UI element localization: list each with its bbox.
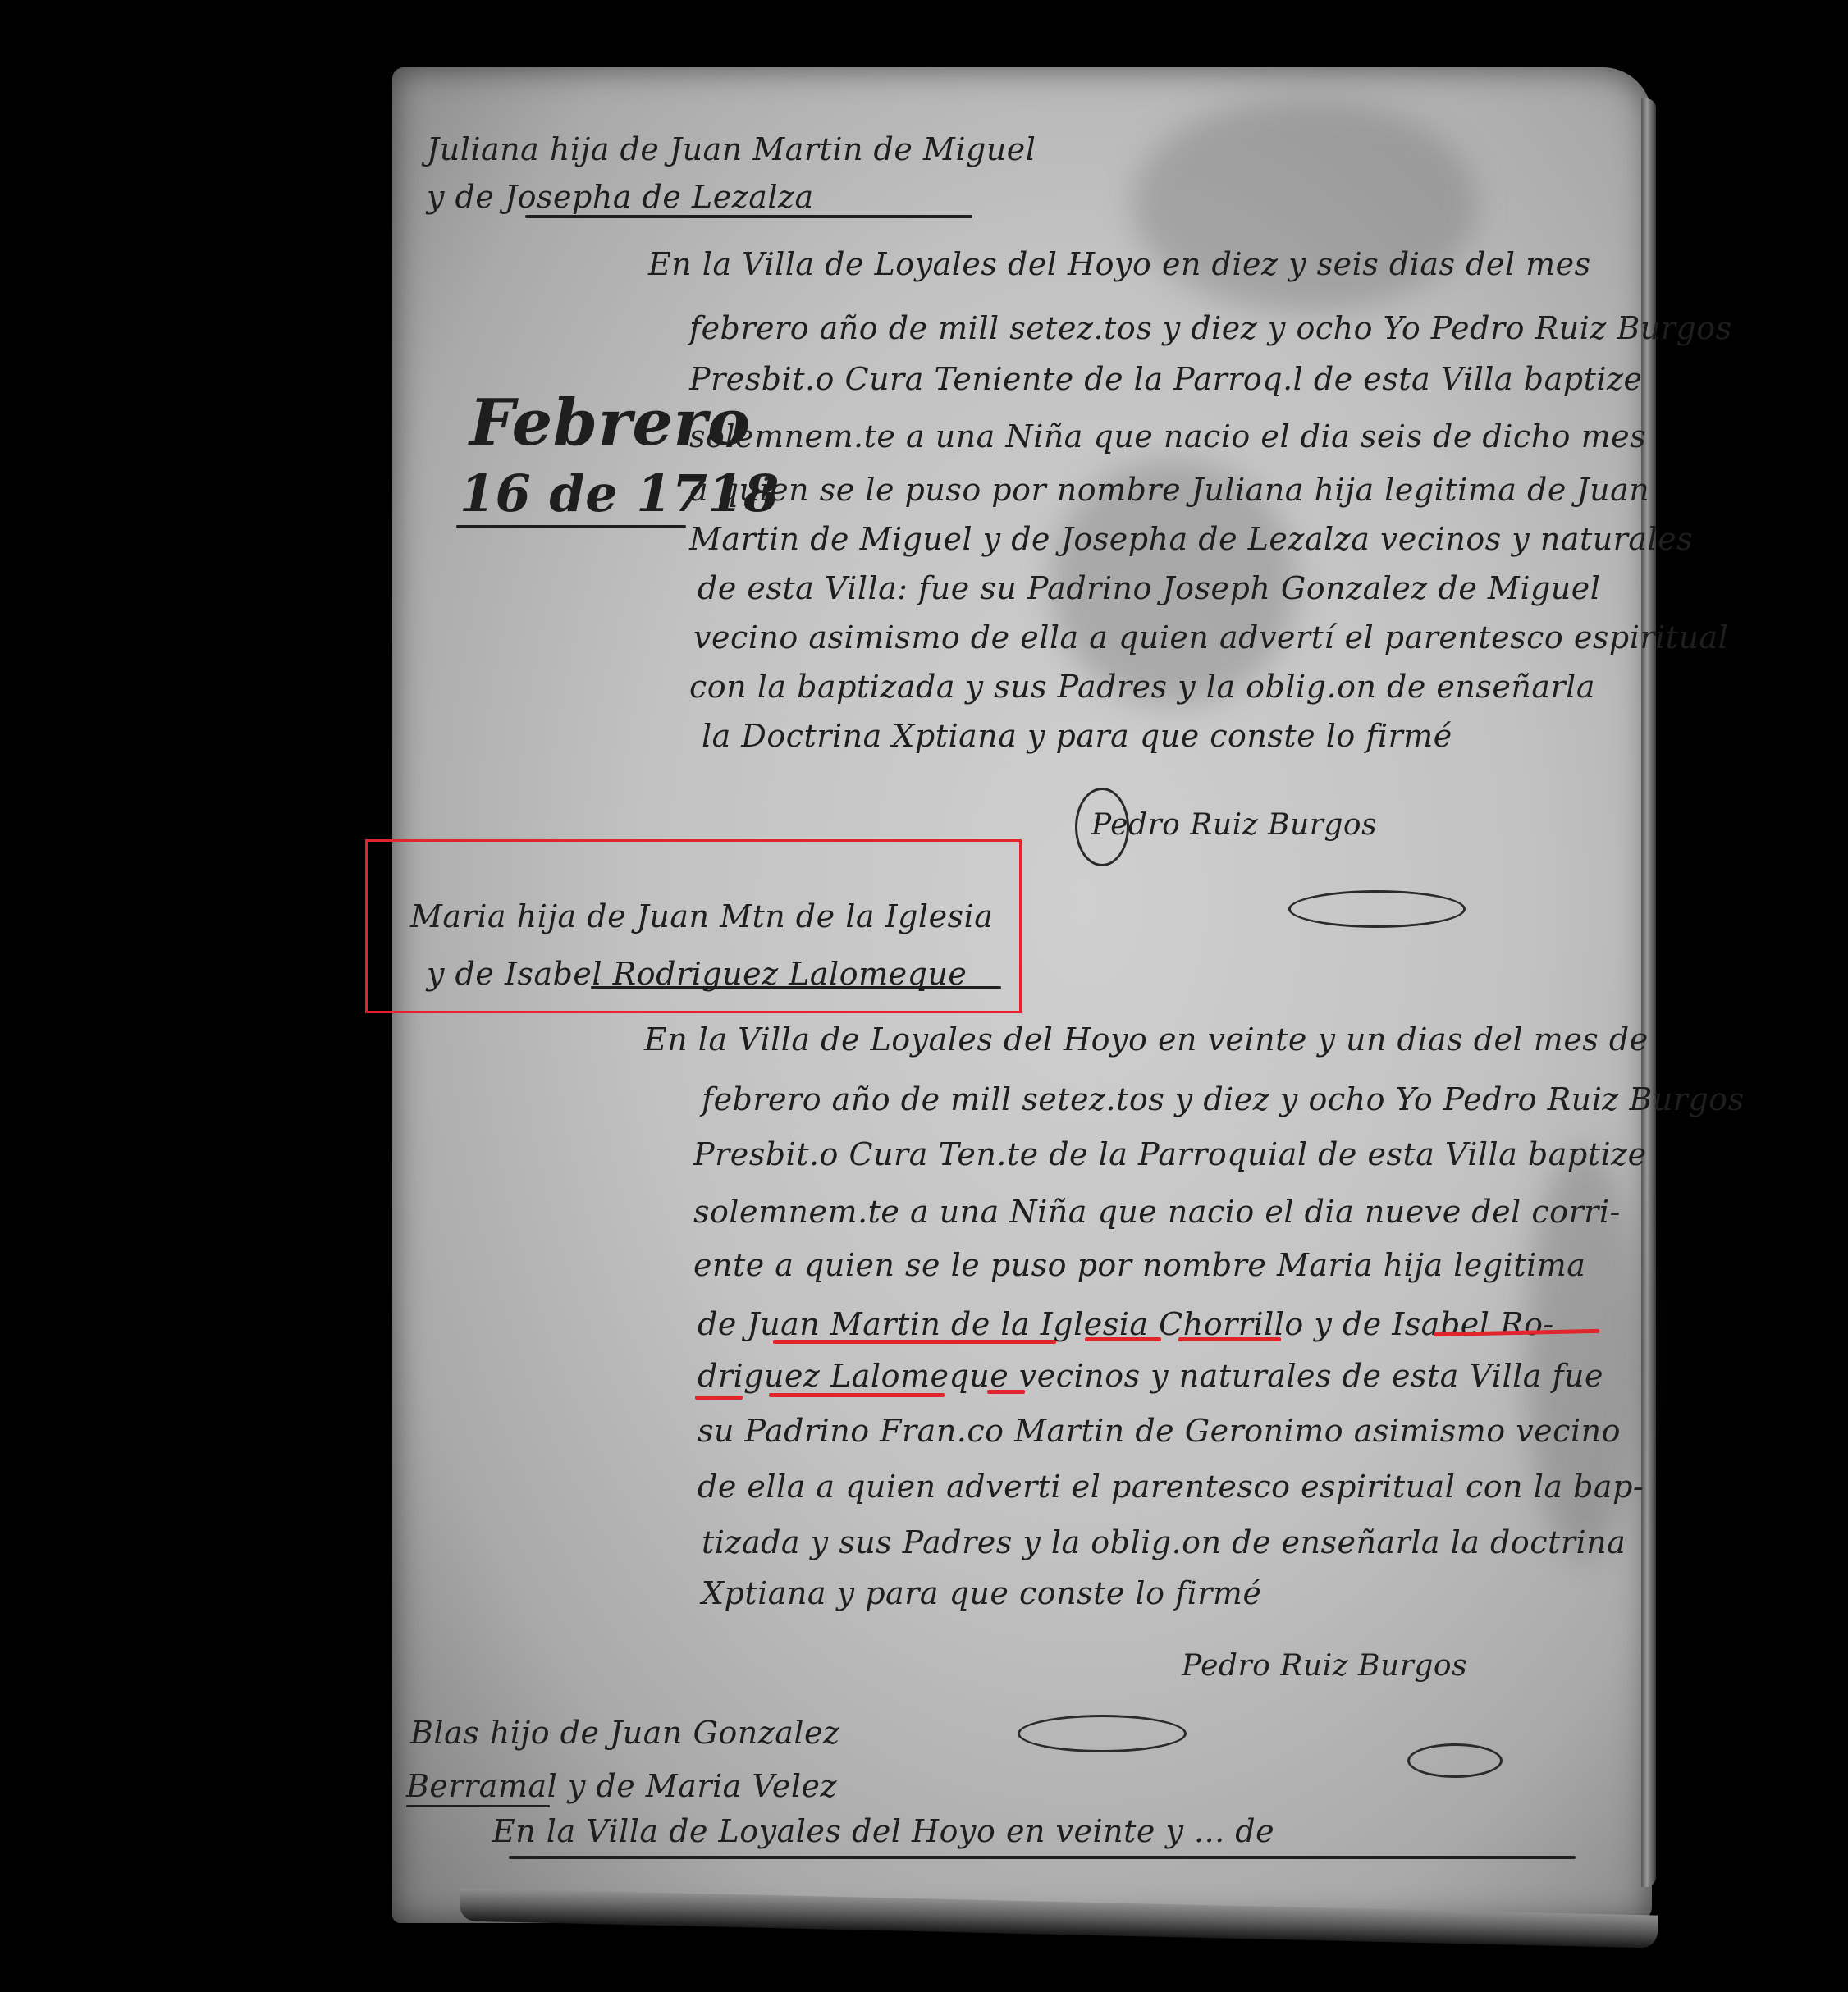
signature-flourish bbox=[1288, 890, 1466, 928]
underline-iglesia bbox=[1085, 1337, 1161, 1341]
entry2-body-line: ente a quien se le puso por nombre Maria… bbox=[693, 1247, 1585, 1283]
entry1-margin-heading-line2: y de Josepha de Lezalza bbox=[427, 179, 814, 215]
entry3-margin-heading-line2: Berramal y de Maria Velez bbox=[406, 1768, 837, 1804]
entry2-body-line: de ella a quien adverti el parentesco es… bbox=[698, 1469, 1644, 1505]
entry1-body-line: Martin de Miguel y de Josepha de Lezalza… bbox=[689, 521, 1693, 557]
entry3-margin-heading-line1: Blas hijo de Juan Gonzalez bbox=[410, 1715, 840, 1751]
entry2-body-line: Presbit.o Cura Ten.te de la Parroquial d… bbox=[693, 1136, 1647, 1172]
page-edge-right bbox=[1641, 98, 1656, 1887]
underline-driguez bbox=[695, 1396, 743, 1400]
entry2-body-line: febrero año de mill setez.tos y diez y o… bbox=[702, 1081, 1745, 1117]
underline-lalomeque bbox=[769, 1393, 945, 1397]
entry2-body-line: En la Villa de Loyales del Hoyo en veint… bbox=[644, 1021, 1649, 1058]
entry2-signature: Pedro Ruiz Burgos bbox=[1182, 1649, 1467, 1683]
entry1-body-line: la Doctrina Xptiana y para que conste lo… bbox=[702, 718, 1452, 754]
entry2-body-line: Xptiana y para que conste lo firmé bbox=[702, 1575, 1261, 1611]
entry1-body-line: con la baptizada y sus Padres y la oblig… bbox=[689, 669, 1595, 705]
highlight-box-entry2-heading bbox=[365, 839, 1022, 1013]
signature-flourish bbox=[1407, 1743, 1503, 1778]
underline-juan-martin-de-la bbox=[773, 1340, 1056, 1344]
entry2-body-line: solemnem.te a una Niña que nacio el dia … bbox=[693, 1194, 1621, 1230]
entry1-body-line: En la Villa de Loyales del Hoyo en diez … bbox=[648, 246, 1591, 282]
entry1-margin-heading-line1: Juliana hija de Juan Martin de Miguel bbox=[427, 131, 1036, 167]
entry3-body-line: En la Villa de Loyales del Hoyo en veint… bbox=[492, 1813, 1274, 1849]
entry1-body-line: vecino asimismo de ella a quien advertí … bbox=[693, 619, 1728, 656]
entry2-body-line: driguez Lalomeque vecinos y naturales de… bbox=[698, 1358, 1603, 1394]
entry1-body-line: febrero año de mill setez.tos y diez y o… bbox=[689, 310, 1732, 346]
entry1-body-line: solemnem.te a una Niña que nacio el dia … bbox=[689, 418, 1646, 455]
entry3-body-rule bbox=[509, 1856, 1576, 1859]
underline-lalomeque-end bbox=[987, 1390, 1025, 1394]
entry2-body-line: tizada y sus Padres y la oblig.on de ens… bbox=[702, 1524, 1626, 1560]
signature-flourish bbox=[1075, 788, 1129, 866]
underline-chorrillo bbox=[1178, 1337, 1281, 1341]
entry1-date-rule bbox=[456, 525, 686, 528]
entry1-signature: Pedro Ruiz Burgos bbox=[1091, 808, 1377, 842]
entry1-body-line: de esta Villa: fue su Padrino Joseph Gon… bbox=[698, 570, 1600, 606]
entry2-body-line: su Padrino Fran.co Martin de Geronimo as… bbox=[698, 1413, 1621, 1449]
signature-flourish bbox=[1018, 1715, 1187, 1752]
entry1-heading-rule bbox=[525, 215, 972, 218]
entry1-body-line: Presbit.o Cura Teniente de la Parroq.l d… bbox=[689, 361, 1643, 397]
entry3-heading-rule bbox=[406, 1805, 550, 1807]
entry1-body-line: a quien se le puso por nombre Juliana hi… bbox=[689, 472, 1649, 508]
